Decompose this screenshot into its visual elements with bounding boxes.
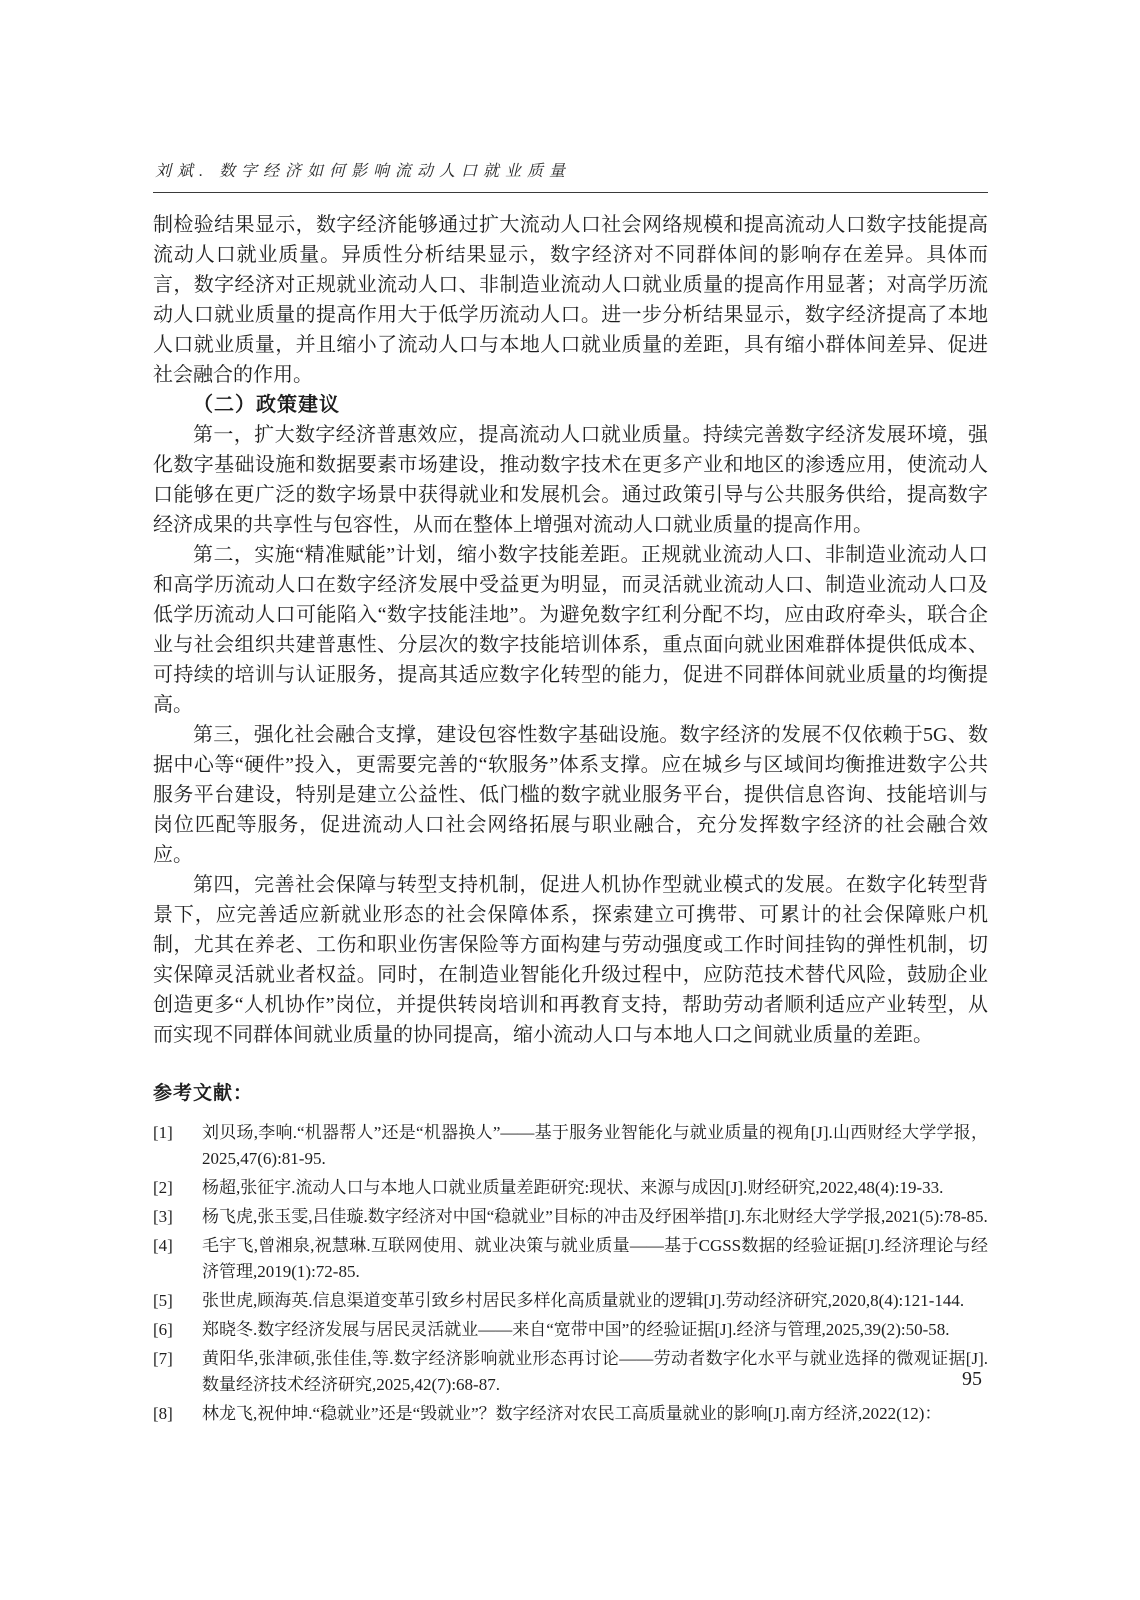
reference-item: [3] 杨飞虎,张玉雯,吕佳璇.数字经济对中国“稳就业”目标的冲击及纾困举措[J…: [153, 1204, 988, 1230]
page-header: 刘斌. 数字经济如何影响流动人口就业质量: [153, 158, 988, 193]
paragraph-policy-2: 第二，实施“精准赋能”计划，缩小数字技能差距。正规就业流动人口、非制造业流动人口…: [153, 540, 988, 720]
reference-text: 林龙飞,祝仲坤.“稳就业”还是“毁就业”？数字经济对农民工高质量就业的影响[J]…: [202, 1401, 988, 1427]
reference-label: [4]: [153, 1233, 185, 1285]
reference-item: [4] 毛宇飞,曾湘泉,祝慧琳.互联网使用、就业决策与就业质量——基于CGSS数…: [153, 1233, 988, 1285]
reference-text: 张世虎,顾海英.信息渠道变革引致乡村居民多样化高质量就业的逻辑[J].劳动经济研…: [202, 1288, 988, 1314]
reference-item: [5] 张世虎,顾海英.信息渠道变革引致乡村居民多样化高质量就业的逻辑[J].劳…: [153, 1288, 988, 1314]
reference-text: 杨超,张征宇.流动人口与本地人口就业质量差距研究:现状、来源与成因[J].财经研…: [202, 1175, 988, 1201]
reference-label: [7]: [153, 1346, 185, 1398]
reference-label: [8]: [153, 1401, 185, 1427]
reference-item: [2] 杨超,张征宇.流动人口与本地人口就业质量差距研究:现状、来源与成因[J]…: [153, 1175, 988, 1201]
paragraph-policy-4: 第四，完善社会保障与转型支持机制，促进人机协作型就业模式的发展。在数字化转型背景…: [153, 870, 988, 1050]
reference-text: 郑晓冬.数字经济发展与居民灵活就业——来自“宽带中国”的经验证据[J].经济与管…: [202, 1317, 988, 1343]
reference-text: 黄阳华,张津硕,张佳佳,等.数字经济影响就业形态再讨论——劳动者数字化水平与就业…: [202, 1346, 988, 1398]
reference-label: [6]: [153, 1317, 185, 1343]
reference-text: 杨飞虎,张玉雯,吕佳璇.数字经济对中国“稳就业”目标的冲击及纾困举措[J].东北…: [202, 1204, 988, 1230]
running-head: 刘斌. 数字经济如何影响流动人口就业质量: [153, 158, 988, 181]
reference-text: 刘贝玚,李响.“机器帮人”还是“机器换人”——基于服务业智能化与就业质量的视角[…: [202, 1120, 988, 1172]
paragraph-policy-1: 第一，扩大数字经济普惠效应，提高流动人口就业质量。持续完善数字经济发展环境，强化…: [153, 420, 988, 540]
paper-page: 刘斌. 数字经济如何影响流动人口就业质量 制检验结果显示，数字经济能够通过扩大流…: [0, 0, 1140, 1600]
references-section: 参考文献： [1] 刘贝玚,李响.“机器帮人”还是“机器换人”——基于服务业智能…: [153, 1080, 988, 1427]
reference-item: [1] 刘贝玚,李响.“机器帮人”还是“机器换人”——基于服务业智能化与就业质量…: [153, 1120, 988, 1172]
paragraph-continuation: 制检验结果显示，数字经济能够通过扩大流动人口社会网络规模和提高流动人口数字技能提…: [153, 210, 988, 390]
paragraph-policy-3: 第三，强化社会融合支撑，建设包容性数字基础设施。数字经济的发展不仅依赖于5G、数…: [153, 720, 988, 870]
references-heading: 参考文献：: [153, 1080, 988, 1108]
reference-item: [7] 黄阳华,张津硕,张佳佳,等.数字经济影响就业形态再讨论——劳动者数字化水…: [153, 1346, 988, 1398]
page-number: 95: [962, 1368, 982, 1391]
reference-label: [5]: [153, 1288, 185, 1314]
reference-item: [6] 郑晓冬.数字经济发展与居民灵活就业——来自“宽带中国”的经验证据[J].…: [153, 1317, 988, 1343]
reference-label: [1]: [153, 1120, 185, 1172]
reference-text: 毛宇飞,曾湘泉,祝慧琳.互联网使用、就业决策与就业质量——基于CGSS数据的经验…: [202, 1233, 988, 1285]
article-body: 制检验结果显示，数字经济能够通过扩大流动人口社会网络规模和提高流动人口数字技能提…: [153, 210, 988, 1427]
reference-label: [3]: [153, 1204, 185, 1230]
section-heading-policy: （二）政策建议: [153, 390, 988, 420]
header-rule: [153, 192, 988, 193]
reference-label: [2]: [153, 1175, 185, 1201]
references-list: [1] 刘贝玚,李响.“机器帮人”还是“机器换人”——基于服务业智能化与就业质量…: [153, 1120, 988, 1427]
reference-item: [8] 林龙飞,祝仲坤.“稳就业”还是“毁就业”？数字经济对农民工高质量就业的影…: [153, 1401, 988, 1427]
